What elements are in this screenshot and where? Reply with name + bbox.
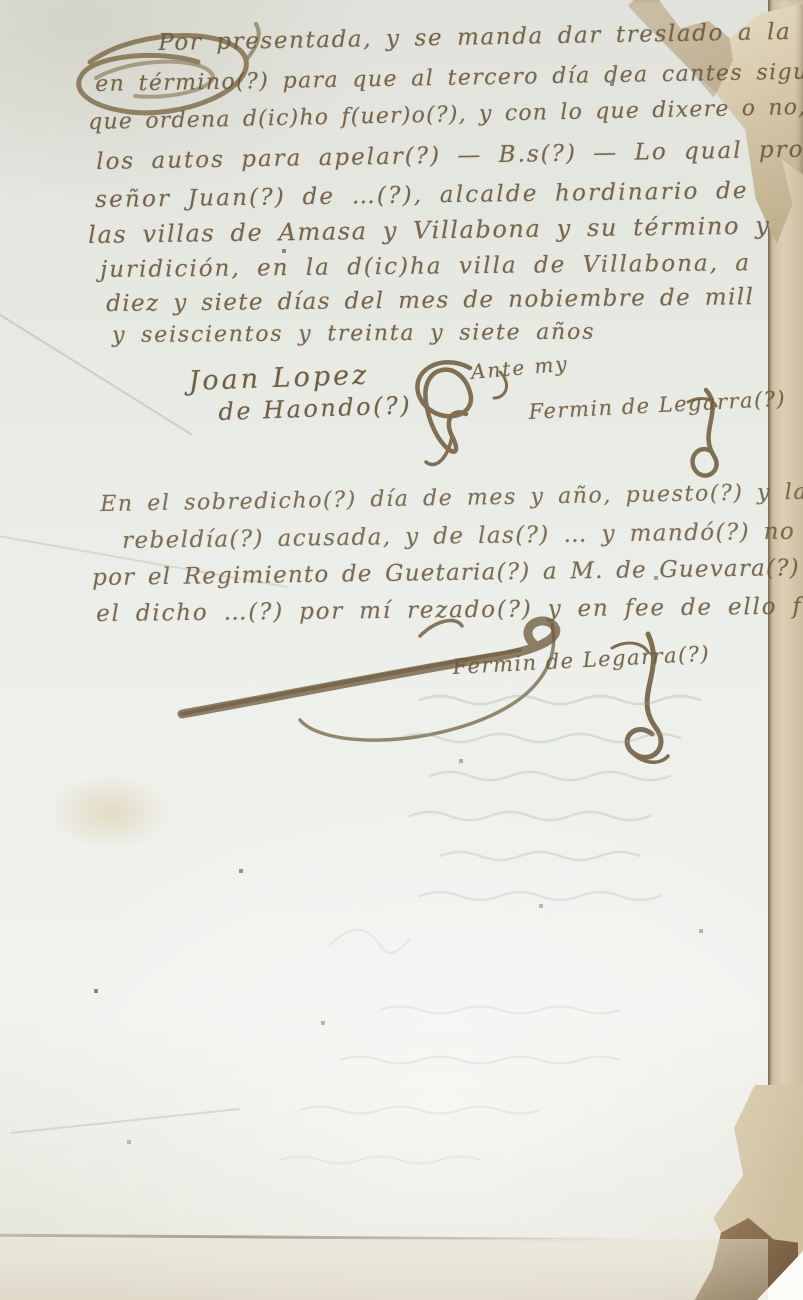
handwriting-line: y seiscientos y treinta y siete años xyxy=(112,320,595,348)
verso-bleed-through-text xyxy=(280,696,700,1164)
signature-joan-lopez-line1: Joan Lopez xyxy=(188,360,370,397)
manuscript-page: Por presentada, y se manda dar treslado … xyxy=(0,0,803,1300)
notary-rubric-2 xyxy=(182,621,556,741)
